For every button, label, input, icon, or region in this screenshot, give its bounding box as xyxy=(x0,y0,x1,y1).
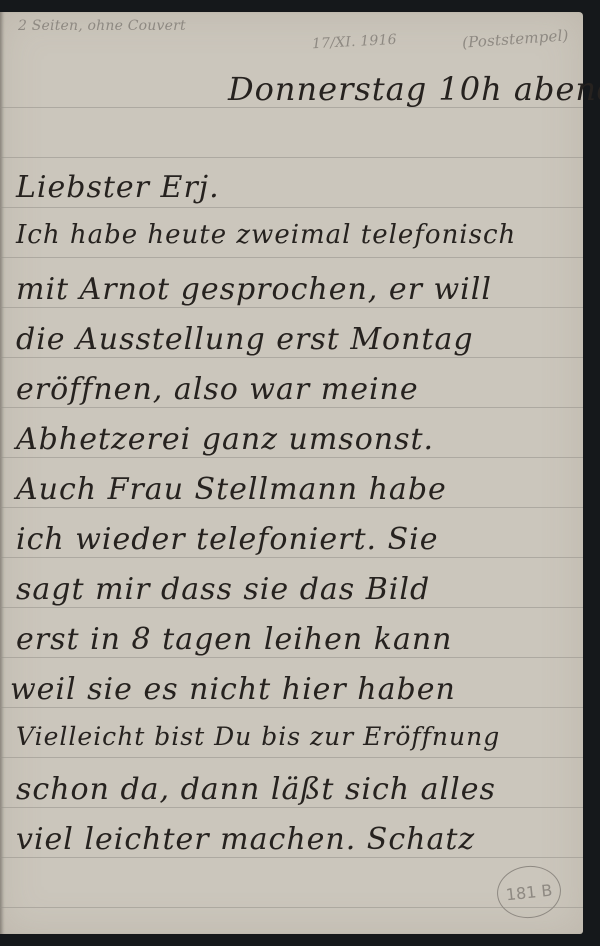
letter-line: viel leichter machen. Schatz xyxy=(16,822,475,857)
ruled-line xyxy=(0,457,583,458)
ruled-line xyxy=(0,357,583,358)
letter-line: sagt mir dass sie das Bild xyxy=(16,572,430,607)
page-count-annotation: 2 Seiten, ohne Couvert xyxy=(18,18,186,34)
ruled-line xyxy=(0,907,583,908)
ruled-line xyxy=(0,607,583,608)
ruled-line xyxy=(0,807,583,808)
letter-line: Vielleicht bist Du bis zur Eröffnung xyxy=(16,722,500,751)
ruled-line xyxy=(0,507,583,508)
salutation: Liebster Erj. xyxy=(16,170,220,205)
letter-line: eröffnen, also war meine xyxy=(16,372,419,407)
letter-line: Auch Frau Stellmann habe xyxy=(16,472,447,507)
dateline: Donnerstag 10h abends xyxy=(228,70,600,108)
letter-line: erst in 8 tagen leihen kann xyxy=(16,622,453,657)
letter-line: weil sie es nicht hier haben xyxy=(10,672,456,707)
letter-line: die Ausstellung erst Montag xyxy=(16,322,474,357)
ruled-line xyxy=(0,857,583,858)
ruled-line xyxy=(0,307,583,308)
letter-line: Ich habe heute zweimal telefonisch xyxy=(16,220,516,250)
ruled-line xyxy=(0,557,583,558)
ruled-line xyxy=(0,157,583,158)
letter-line: mit Arnot gesprochen, er will xyxy=(16,272,492,307)
ruled-line xyxy=(0,207,583,208)
ruled-line xyxy=(0,657,583,658)
letter-line: Abhetzerei ganz umsonst. xyxy=(16,422,434,457)
letter-line: ich wieder telefoniert. Sie xyxy=(16,522,438,557)
ruled-line xyxy=(0,707,583,708)
ruled-line xyxy=(0,257,583,258)
ruled-line xyxy=(0,407,583,408)
letter-line: schon da, dann läßt sich alles xyxy=(16,772,496,807)
ruled-line xyxy=(0,757,583,758)
archive-number: 181 B xyxy=(505,880,553,904)
